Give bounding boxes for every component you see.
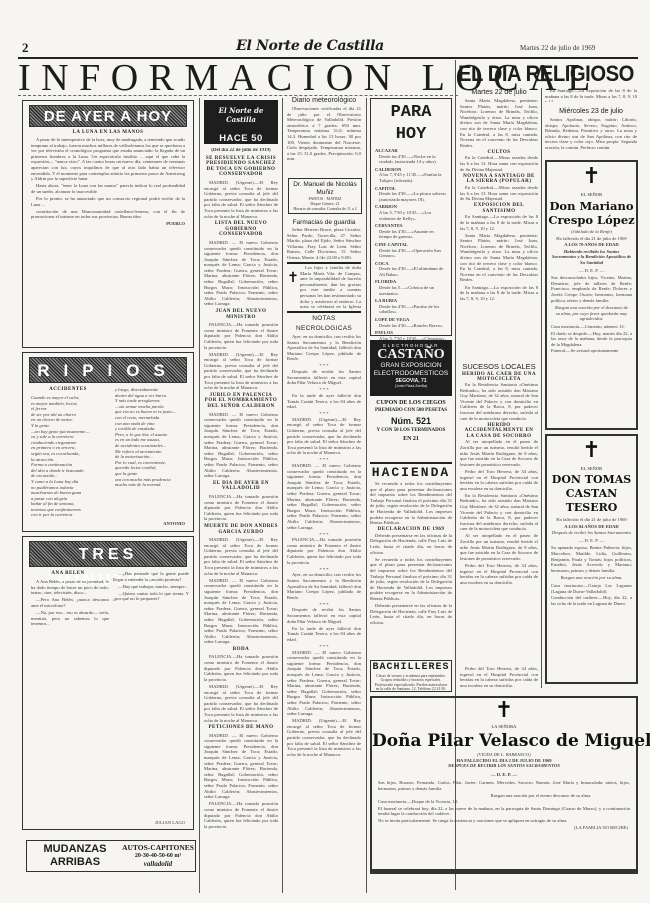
ad-mudanzas-details: AUTOS-CAPITONES 20-30-40-50-60 m³ vallad… (121, 843, 195, 869)
cinema-showtimes: Desde las 4'30.—«Rancho Bravo». (375, 323, 447, 329)
obit-signature: (LA FAMILIA NO RECIBE) (380, 825, 628, 831)
paragraph: Los hijos y familia de doña María María … (300, 265, 361, 309)
paragraph: A pesar de lo intempestivo de la hora, m… (31, 137, 185, 182)
ad-line: GRAN EXPOSICION (370, 362, 452, 370)
obit-family: Sus hijos, Rosario, Fernando, Carlos, Pi… (378, 780, 630, 791)
column-divider (199, 98, 200, 893)
para-hoy-section: PARA HOY ALCAZARDesde las 4'30.—«Noche e… (370, 98, 452, 336)
cinema-listing: CARRIONA las 5, 7'30 y 10'45.—«Los viole… (375, 204, 447, 221)
luna-subhead: LA LUNA EN LAS MANOS (23, 130, 193, 135)
paragraph: Santos Apolinar, obispo, mártir; Liborio… (545, 117, 637, 151)
paragraph: MADRID. (Urgente).—El Rey encargó al señ… (287, 718, 361, 757)
ad-line: 20-30-40-50-60 m³ (121, 852, 195, 860)
cross-icon: ✝ (547, 166, 636, 188)
ad-line: ARRIBAS (35, 856, 115, 869)
ripios-verses-right: y luego, divertidamentedentro del agua a… (115, 387, 191, 519)
doctor-hours: Horario de consulta: Consulta de 11 a 2 (289, 207, 361, 212)
obit-label: EL SEÑOR (547, 192, 636, 197)
cinema-showtimes: Desde las 4'30.—«Noche en la ciudad» (au… (375, 154, 447, 165)
obit-role: (Jubilado de la Renfe) (547, 229, 636, 235)
ad-line: valladolid (121, 860, 195, 869)
paragraph: constitución de una Mancomunidad castell… (31, 209, 185, 220)
paragraph: —Hay que trabajar, mucho, siempre... (113, 584, 189, 590)
article-headline: MUERTE DE DON ANDRES GARCIA ZURDO (204, 524, 278, 535)
dateline: (Del día 22 de julio de 1919) (204, 148, 278, 154)
paragraph: MADRID. (Urgente).—El Rey encargó al señ… (204, 684, 278, 723)
paragraph: En la Catedral.—Misas rezadas desde las … (460, 155, 538, 172)
paragraph: MADRID. (Urgente).—El Rey encargó al señ… (204, 352, 278, 391)
obit-family: Su apenada esposa, Benita Palencia; hijo… (551, 545, 632, 573)
obituary-crespo: ✝ EL SEÑOR Don Mariano Crespo López (Jub… (545, 160, 638, 430)
obit-age: A LOS 70 AÑOS DE EDAD (551, 242, 632, 248)
ripios-section: RIPIOS ACCIDENTES Cuando es mayor el cal… (22, 352, 194, 532)
paragraph: Hasta ahora, "tener la Luna con las mano… (31, 183, 185, 194)
obit-plea: Ruegan una oración por su alma. (555, 575, 628, 581)
obit-house: Casa mortuoria.—Granja Las Lagunas (Lagu… (551, 583, 632, 594)
bachilleres-title: BACHILLERES (371, 661, 451, 674)
paragraph: PALENCIA.—Ha tomado posesión como minist… (204, 654, 278, 682)
paragraph: MADRID. — El nuevo Gobierno conservador … (204, 578, 278, 645)
signature: ANTONIO (163, 521, 185, 527)
paragraph: Santa María Magdalena, penitente; Santos… (460, 98, 538, 148)
paragraph: Después de recibir los Santos Sacramento… (287, 369, 361, 386)
obit-death: Ha fallecido el día 21 de julio de 1969 (551, 517, 632, 523)
sucesos-section: SUCESOS LOCALES HERIDO AL CAER DE UNA MO… (460, 362, 538, 682)
cupon-ciegos: CUPON DE LOS CIEGOS PREMIADO CON 500 PES… (370, 399, 452, 459)
section-rule (287, 311, 361, 313)
cross-icon: ✝ (287, 267, 299, 289)
ripios-verses-left: Cuando es mayor el calor,es mayor tambié… (31, 395, 111, 527)
accidentes-subhead: ACCIDENTES (33, 387, 103, 392)
verse-line: mucho más de la normal. (115, 482, 191, 488)
column-divider (541, 88, 542, 688)
farmacias-body: Señor Herrero Bravo, plaza Circular. Señ… (287, 227, 361, 259)
paragraph: Después de recibir los Santos Sacramento… (287, 607, 361, 624)
cinema-listing: ALCAZARDesde las 4'30.—«Noche en la ciud… (375, 148, 447, 165)
article-headline: BODA (204, 647, 278, 653)
section-headline: INFORMACION LOCAL (18, 59, 458, 97)
meteorologico-section: Diario meteorológico Observaciones verif… (287, 96, 361, 176)
meteo-title: Diario meteorológico (287, 96, 361, 106)
hace-50-anos-body: (Del día 22 de julio de 1919) SE RESUELV… (204, 148, 278, 888)
continued-text: Pedro del Toro Herrera, de 34 años, ingr… (460, 666, 538, 694)
esquela-section: ✝ Los hijos y familia de doña María Marí… (287, 265, 361, 309)
obit-age: A LOS 84 AÑOS DE EDAD (551, 524, 632, 530)
paragraph: —Quiero cantar todo lo que sienta. Y ¿po… (113, 591, 189, 602)
paragraph: Deberán presentarse en las oficinas de l… (370, 603, 452, 625)
sucesos-subhead: HERIDO ACCIDENTALMENTE EN LA CASA DE SOC… (460, 423, 538, 440)
cinema-listing: CAPITOLDesde las 4'30.—«La pícara solter… (375, 186, 447, 203)
obit-plea: Ruegan una oración por el descanso de su… (555, 305, 628, 322)
paragraph: En la tarde de ayer falleció don Tomás C… (287, 393, 361, 410)
paragraph: En la tarde de ayer falleció don Tomás C… (287, 626, 361, 643)
column-divider (366, 98, 367, 893)
obit-burial: Conducción del cadáver.—Hoy, día 22, a l… (551, 595, 632, 606)
ana-belen-subhead: ANA BELEN (33, 571, 103, 576)
paragraph: En Santiago.—La exposición de las 8 de l… (545, 88, 637, 102)
paragraph: En Santiago.—La exposición de las 8 de l… (460, 285, 538, 302)
obit-funeral: Funeral.—Se avisará oportunamente. (551, 348, 632, 354)
cinema-showtimes: A las 5, 7'30 y 10'45.—«Los violentos de… (375, 210, 447, 221)
cinema-listing: LA RUBIADesde las 4'30.—«Paraíso de los … (375, 298, 447, 315)
paragraph: MADRID. — El nuevo Gobierno conservador … (204, 412, 278, 479)
paragraph: Pedro del Toro Herrera, de 34 años, ingr… (460, 563, 538, 585)
paragraph: MADRID. — El nuevo Gobierno conservador … (204, 733, 278, 800)
cinema-showtimes: Desde las 4'30.—«Operación San Genaro». (375, 248, 447, 259)
signature: JULIAN LAGO (155, 820, 185, 826)
obit-name: Don Mariano (547, 199, 636, 213)
hace-50-anos-banner: El Norte de Castilla HACE 50 AÑOS (204, 100, 278, 144)
ad-line: AUTOS-CAPITONES (121, 843, 195, 852)
sucesos-subhead: HERIDO AL CAER DE UNA MOTOCICLETA (460, 372, 538, 382)
cinema-listings: ALCAZARDesde las 4'30.—«Noche en la ciud… (375, 148, 447, 353)
notas-necrologicas-section: NOTAS NECROLOGICAS Ayer, en su domicilio… (287, 314, 361, 884)
dia-religioso-tomorrow: En Santiago.—La exposición de las 8 de l… (545, 88, 637, 157)
paragraph: —No, por eso... eso es absurdo— sería, m… (31, 610, 109, 627)
cinema-listing: COCADesde las 4'30.—«El ultimátum de Ali… (375, 261, 447, 278)
cupon-line: CUPON DE LOS CIEGOS (370, 399, 452, 407)
paragraph: —Pero Ana Belén, ¿nunca descanso ante el… (31, 597, 109, 608)
paragraph: Santa María Magdalena, penitente; Santos… (460, 233, 538, 283)
paragraph: MADRID. (Urgente).—El Rey encargó al señ… (204, 180, 278, 219)
ad-mudanzas-name: MUDANZAS ARRIBAS (35, 843, 115, 869)
paragraph: Se recuerda a todos los contribuyentes q… (370, 481, 452, 526)
tres-minutos-section: TRES MINUTOS ANA BELEN A Ana Belén, a pe… (22, 536, 194, 830)
cross-icon: ✝ (547, 440, 636, 462)
mudanzas-arribas-ad: MUDANZAS ARRIBAS AUTOS-CAPITONES 20-30-4… (26, 840, 196, 872)
hacienda-body: Se recuerda a todos los contribuyentes q… (370, 481, 452, 657)
obit-name: DON TOMAS (547, 473, 636, 487)
article-headline: SE RESUELVE LA CRISIS PRESIDIENDO SANCHE… (204, 156, 278, 178)
issue-date: Martes 22 de julio de 1969 (520, 44, 595, 52)
paragraph: Pedro del Toro Herrera, de 34 años, ingr… (460, 666, 538, 688)
obituary-velasco: ✝ LA SEÑORA Doña Pilar Velasco de Miguel… (370, 696, 638, 874)
obit-name: Doña Pilar Velasco de Miguel (372, 730, 636, 752)
section-rule (370, 462, 452, 464)
bachilleres-body: Clases de verano y academia para septiem… (374, 674, 448, 690)
paragraph: PALENCIA.—Ha tomado posesión como minist… (204, 322, 278, 350)
cinema-listing: CERVANTESDesde las 4'30.—«Amante en tiem… (375, 223, 447, 240)
paragraph: En la Residencia Sanitaria «Onésimo Redo… (460, 382, 538, 421)
obit-label: EL SEÑOR (547, 466, 636, 471)
article-headline: EL DIA DE AYER EN VALLADOLID (204, 481, 278, 492)
obit-plea: Ruegan una oración por el eterno descans… (452, 793, 630, 799)
sucesos-body: En la Residencia Sanitaria «Onésimo Redo… (460, 382, 538, 682)
obit-sacraments: Habiendo recibido los Santos Sacramentos… (551, 249, 632, 266)
esquela-body: Los hijos y familia de doña María María … (300, 265, 361, 309)
notas-title: NOTAS NECROLOGICAS (287, 314, 361, 334)
paragraph: Al ser atropellado en el paseo de Zorril… (460, 533, 538, 561)
ad-line: (Junto Plaza Zorrilla) (370, 384, 452, 388)
obit-name: CASTAN (547, 487, 636, 501)
obit-death: Ha fallecido el día 21 de julio de 1969 (551, 236, 632, 242)
newspaper-masthead: El Norte de Castilla (210, 38, 410, 54)
cupon-line: Y CON 50 LOS TERMINADOS (370, 427, 452, 435)
today-body: Santa María Magdalena, penitente; Santos… (460, 98, 538, 358)
paragraph: MADRID. (Urgente).—El Rey encargó al señ… (287, 417, 361, 456)
paragraph: MADRID. (Urgente).—El Rey encargó al señ… (204, 537, 278, 576)
signature: PUEBLO (31, 221, 185, 227)
paragraph: A Ana Belén, a pesar de su juventud, le … (31, 579, 109, 596)
obit-name: TESERO (547, 501, 636, 515)
obit-service: El funeral se celebrará hoy, día 22, a l… (378, 806, 630, 817)
meteo-body: Observaciones verificadas el día 21 de j… (287, 106, 361, 176)
cinema-showtimes: Desde las 4'30.—«El ultimátum de Ali Bab… (375, 266, 447, 277)
obit-sacraments: DESPUES DE RECIBIR LOS SANTOS SACRAMENTO… (372, 763, 636, 769)
para-hoy-title: PARA HOY (371, 102, 451, 146)
cinema-listing: FLORIDADesde las 5.—«Crónica de un asesi… (375, 279, 447, 296)
paragraph: Deberán presentarse en las oficinas de l… (370, 533, 452, 555)
novena-heading: NOVENA A SANTIAGO DE LA SIERRA (POPULAR) (460, 174, 538, 185)
de-ayer-a-hoy-body: A pesar de lo intempestivo de la hora, m… (31, 137, 185, 341)
paragraph: Observaciones verificadas el día 21 de j… (287, 106, 361, 162)
tres-minutos-banner: TRES MINUTOS (29, 541, 187, 567)
doctor-name: Dr. Manuel de Nicolás Muñiz (289, 181, 361, 197)
obit-rip: — D. E. P. — (547, 538, 636, 544)
paragraph: —¿Has pensado que la gente puede llegar … (113, 571, 189, 582)
cinema-showtimes: A las 7, 9'45 y 11'45.—«Fanfan la Tulipe… (375, 172, 447, 183)
obit-house: Casa mortuoria.—Duque de la Victoria, 18… (378, 799, 630, 805)
de-ayer-a-hoy-section: DE AYER A HOY LA LUNA EN LAS MANOS A pes… (22, 100, 194, 348)
tomorrow-date-heading: Miércoles 23 de julio (545, 106, 637, 117)
bachilleres-ad: BACHILLERES Clases de verano y academia … (370, 660, 452, 692)
paragraph: Pedro del Toro Herrera, de 34 años, ingr… (460, 469, 538, 491)
obit-thanks: No se invita particularmente. Se ruega l… (378, 818, 630, 824)
tomorrow-body: Santos Apolinar, obispo, mártir; Liborio… (545, 117, 637, 157)
cinema-showtimes: Desde las 4'30.—«La pícara soltera» (aut… (375, 191, 447, 202)
section-rule (287, 262, 361, 264)
logo: El Norte de Castilla (204, 106, 278, 124)
sucesos-title: SUCESOS LOCALES (460, 362, 538, 372)
cupon-line: PREMIADO CON 500 PESETAS (370, 407, 452, 415)
notas-body: Ayer, en su domicilio, tras recibir los … (287, 334, 361, 889)
obit-family: Sus desconsolados hijos, Vicente, Marina… (551, 275, 632, 303)
doctor-ad: Dr. Manuel de Nicolás Muñiz PARTOS · MAT… (288, 178, 362, 214)
paragraph: Se recuerda a todos los contribuyentes q… (370, 557, 452, 602)
article-headline: JUAN DEL NUEVO MINISTRO (204, 309, 278, 320)
headline-rule (18, 95, 458, 96)
paragraph: En Santiago.—La exposición de las 8 de l… (460, 214, 538, 231)
obit-rip: — D. E. P. — (547, 268, 636, 274)
paragraph: MADRID. — El nuevo Gobierno conservador … (287, 463, 361, 530)
farmacias-title: Farmacias de guardia (287, 218, 361, 227)
cinema-listing: CINE CAPITALDesde las 4'30.—«Operación S… (375, 242, 447, 259)
column-divider (282, 98, 283, 893)
cinema-showtimes: Desde las 4'30.—«Paraíso de los caballos… (375, 304, 447, 315)
hacienda-section: HACIENDA Se recuerda a todos los contrib… (370, 465, 452, 661)
cinema-showtimes: Desde las 5.—«Crónica de un asesinato». (375, 285, 447, 296)
cupon-line: EN 21 (370, 435, 452, 443)
paragraph: En la Catedral.—Misas rezadas desde las … (460, 185, 538, 202)
obit-house: Casa mortuoria.—Cemento, número 13. (551, 324, 632, 330)
paragraph: PALENCIA.—Ha tomado posesión como minist… (204, 801, 278, 829)
cross-icon: ✝ (372, 700, 636, 722)
de-ayer-a-hoy-banner: DE AYER A HOY (29, 105, 187, 127)
paragraph: En la Residencia Sanitaria «Onésimo Redo… (460, 493, 538, 532)
religious-section-header: EL DIA RELIGIOSO (458, 60, 625, 88)
continued-text: En Santiago.—La exposición de las 8 de l… (545, 88, 637, 102)
paragraph: Al ser atropellado en el paseo de Zorril… (460, 439, 538, 467)
paragraph: MADRID. — El nuevo Gobierno conservador … (287, 650, 361, 717)
page-number: 2 (22, 40, 29, 56)
obit-rip: — D. E. P. — (372, 772, 636, 778)
paragraph: Ayer, en su domicilio, tras recibir los … (287, 572, 361, 600)
article-headline: PETICIONES DE MANO (204, 725, 278, 731)
obit-burial: El duelo se despide.—Hoy, martes día 22,… (551, 331, 632, 348)
sucesos-continued: Pedro del Toro Herrera, de 34 años, ingr… (460, 666, 538, 696)
castano-ad: ELECTROHOGAR CASTAÑO GRAN EXPOSICION ELE… (370, 340, 452, 396)
obit-sacraments: Después de recibir los Santos Sacramento… (551, 530, 632, 536)
cinema-listing: LOPE DE VEGADesde las 4'30.—«Rancho Brav… (375, 317, 447, 328)
ad-line: MUDANZAS (35, 843, 115, 856)
verse-line: con ir por la carretera (31, 512, 111, 518)
tres-minutos-body-right: —¿Has pensado que la gente puede llegar … (113, 571, 189, 819)
paragraph: Por lo pronto, se ha anunciado que un co… (31, 196, 185, 207)
paragraph: PALENCIA.—Ha tomado posesión como minist… (204, 494, 278, 522)
exposicion-heading: EXPOSICION DEL SANTISIMO (460, 203, 538, 214)
cupon-number: 521 (416, 416, 431, 426)
dia-religioso-today: Martes 22 de julio Santa María Magdalena… (460, 88, 538, 358)
article-headline: JUBILO EN PALENCIA POR EL NOMBRAMIENTO D… (204, 393, 278, 410)
obit-label: LA SEÑORA (372, 724, 636, 729)
today-date-heading: Martes 22 de julio (460, 88, 538, 98)
obit-name: Crespo López (547, 213, 636, 227)
obituary-castan: ✝ EL SEÑOR DON TOMAS CASTAN TESERO Ha fa… (545, 434, 638, 684)
cupon-number-label: Núm. (391, 416, 414, 426)
ad-line: ELECTRODOMESTICOS (370, 370, 452, 378)
hacienda-title: HACIENDA (370, 465, 452, 481)
farmacias-section: Farmacias de guardia Señor Herrero Bravo… (287, 218, 361, 259)
paragraph: MADRID. — El nuevo Gobierno conservador … (204, 240, 278, 307)
ad-brand: CASTAÑO (370, 348, 452, 362)
ripios-banner: RIPIOS (29, 357, 187, 383)
cinema-showtimes: Desde las 4'30.—«Amante en tiempo de gue… (375, 229, 447, 240)
cinema-listing: CALDERONA las 7, 9'45 y 11'45.—«Fanfan l… (375, 167, 447, 184)
paragraph: Ayer, en su domicilio, tras recibir los … (287, 334, 361, 362)
article-headline: LISTA DEL NUEVO GOBIERNO CONSERVADOR (204, 221, 278, 238)
paragraph: Señor Herrero Bravo, plaza Circular. Señ… (287, 227, 361, 259)
paragraph: PALENCIA.—Ha tomado posesión como minist… (287, 537, 361, 565)
tres-minutos-body-left: A Ana Belén, a pesar de su juventud, le … (31, 579, 109, 819)
